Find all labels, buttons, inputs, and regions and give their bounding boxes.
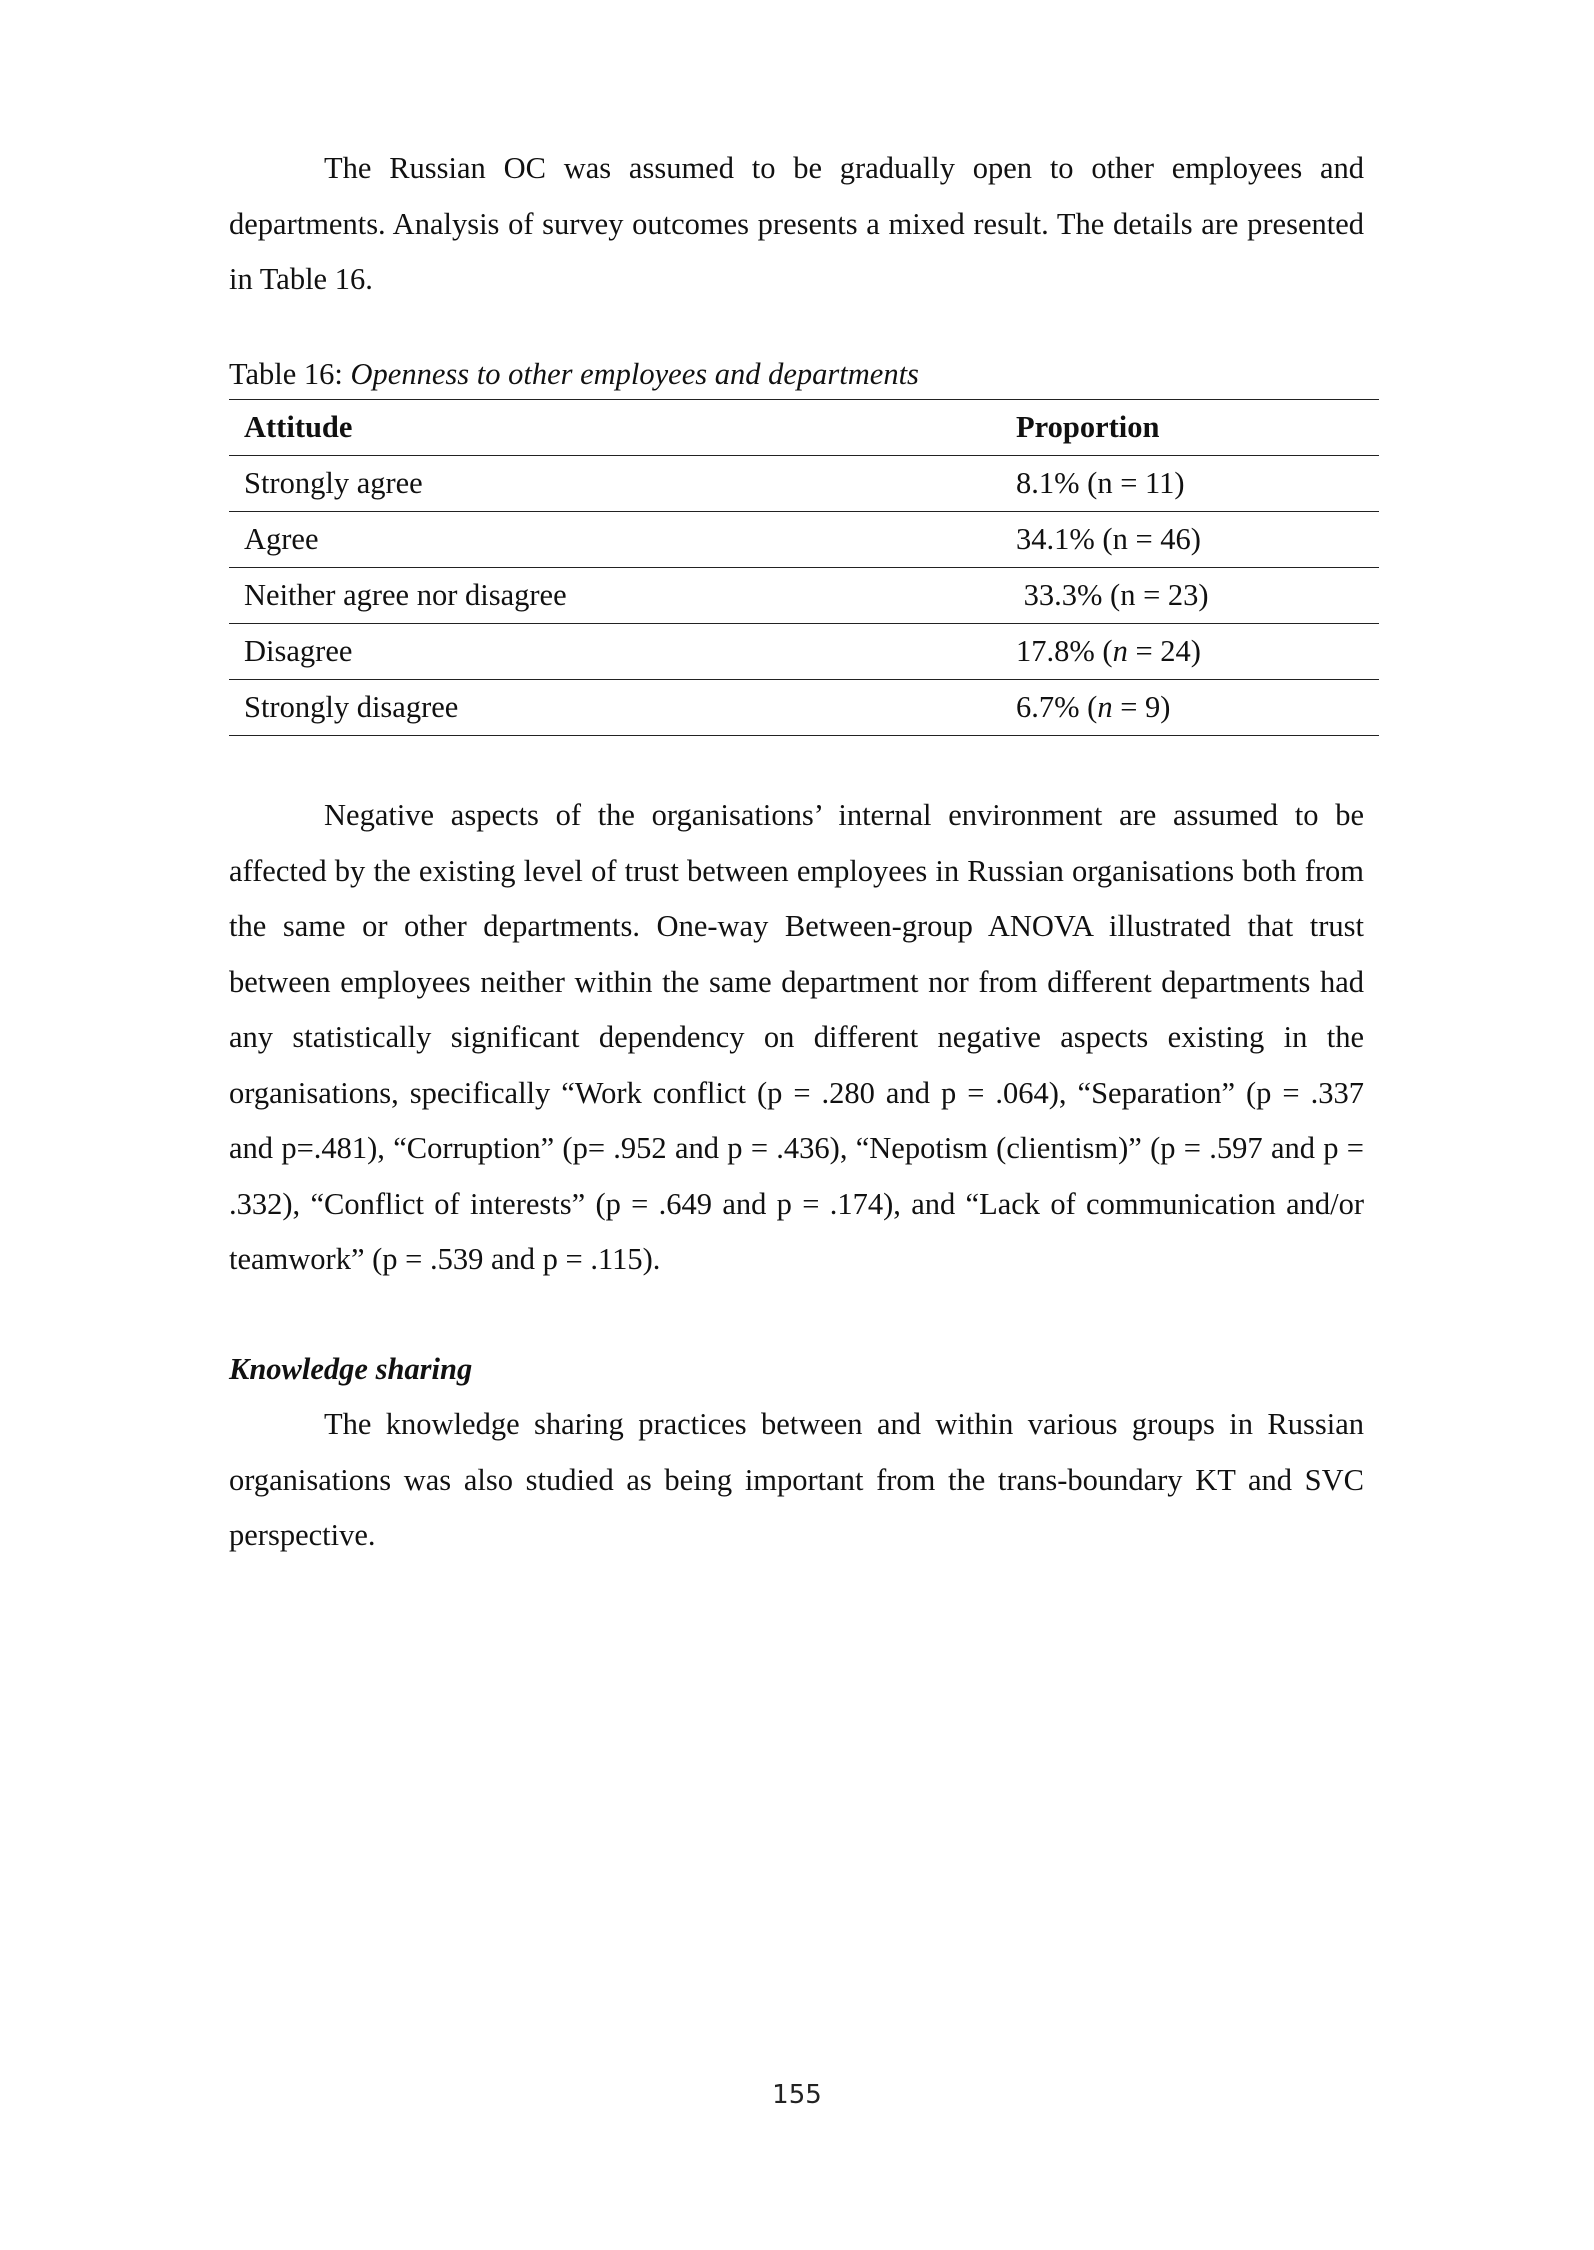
table-row: Agree 34.1% (n = 46) xyxy=(229,512,1379,568)
table-header-row: Attitude Proportion xyxy=(229,400,1379,456)
proportion-cell: 6.7% (n = 9) xyxy=(1001,680,1379,736)
proportion-cell: 34.1% (n = 46) xyxy=(1001,512,1379,568)
openness-table: Attitude Proportion Strongly agree 8.1% … xyxy=(229,399,1379,736)
table-row: Neither agree nor disagree 33.3% (n = 23… xyxy=(229,568,1379,624)
proportion-cell: 33.3% (n = 23) xyxy=(1001,568,1379,624)
proportion-cell: 17.8% (n = 24) xyxy=(1001,624,1379,680)
intro-paragraph-text: The Russian OC was assumed to be gradual… xyxy=(229,151,1364,296)
negative-aspects-text: Negative aspects of the organisations’ i… xyxy=(229,798,1364,1276)
section-heading: Knowledge sharing xyxy=(229,1342,472,1397)
table-row: Strongly disagree 6.7% (n = 9) xyxy=(229,680,1379,736)
header-attitude: Attitude xyxy=(229,400,1001,456)
negative-aspects-paragraph: Negative aspects of the organisations’ i… xyxy=(229,788,1364,1288)
table-caption: Table 16: Openness to other employees an… xyxy=(229,354,919,394)
intro-paragraph: The Russian OC was assumed to be gradual… xyxy=(229,141,1364,308)
table-caption-title: Openness to other employees and departme… xyxy=(351,357,919,391)
page-number: 155 xyxy=(0,2080,1594,2110)
attitude-cell: Disagree xyxy=(229,624,1001,680)
document-page: The Russian OC was assumed to be gradual… xyxy=(229,0,1364,2250)
proportion-cell: 8.1% (n = 11) xyxy=(1001,456,1379,512)
header-proportion: Proportion xyxy=(1001,400,1379,456)
table-row: Disagree 17.8% (n = 24) xyxy=(229,624,1379,680)
table-caption-label: Table 16: xyxy=(229,357,351,391)
knowledge-sharing-paragraph: The knowledge sharing practices between … xyxy=(229,1397,1364,1564)
table-row: Strongly agree 8.1% (n = 11) xyxy=(229,456,1379,512)
attitude-cell: Strongly agree xyxy=(229,456,1001,512)
knowledge-sharing-text: The knowledge sharing practices between … xyxy=(229,1407,1364,1552)
attitude-cell: Strongly disagree xyxy=(229,680,1001,736)
attitude-cell: Neither agree nor disagree xyxy=(229,568,1001,624)
attitude-cell: Agree xyxy=(229,512,1001,568)
